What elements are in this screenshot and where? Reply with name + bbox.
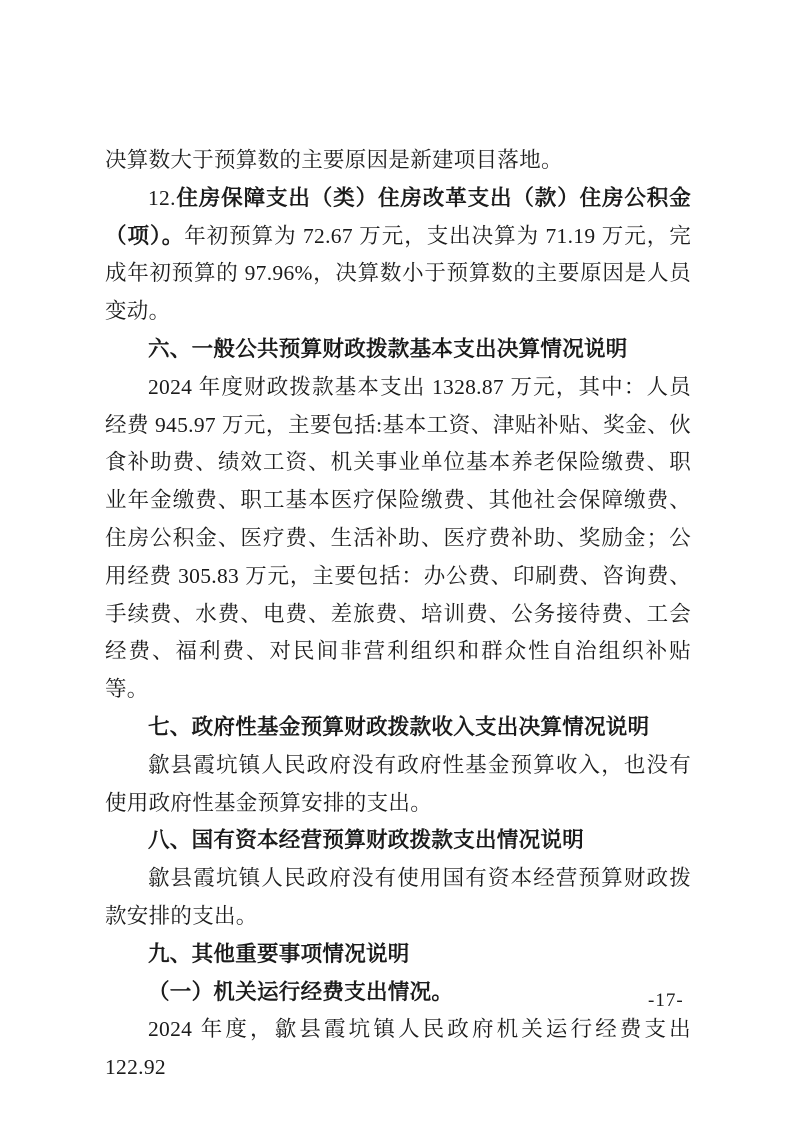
section6-heading: 六、一般公共预算财政拨款基本支出决算情况说明 <box>105 331 691 369</box>
paragraph-item12: 12.住房保障支出（类）住房改革支出（款）住房公积金（项）。年初预算为 72.6… <box>105 180 691 331</box>
section8-body: 歙县霞坑镇人民政府没有使用国有资本经营预算财政拨款安排的支出。 <box>105 860 691 936</box>
section6-body: 2024 年度财政拨款基本支出 1328.87 万元，其中：人员经费 945.9… <box>105 369 691 709</box>
section7-body: 歙县霞坑镇人民政府没有政府性基金预算收入，也没有使用政府性基金预算安排的支出。 <box>105 747 691 823</box>
item12-body: 年初预算为 72.67 万元，支出决算为 71.19 万元，完成年初预算的 97… <box>105 224 691 324</box>
document-content: 决算数大于预算数的主要原因是新建项目落地。 12.住房保障支出（类）住房改革支出… <box>105 142 691 1087</box>
item12-number: 12. <box>148 186 176 210</box>
section9-sub1-heading: （一）机关运行经费支出情况。 <box>105 974 691 1012</box>
section8-heading: 八、国有资本经营预算财政拨款支出情况说明 <box>105 822 691 860</box>
paragraph-carryover: 决算数大于预算数的主要原因是新建项目落地。 <box>105 142 691 180</box>
section9-body: 2024 年度，歙县霞坑镇人民政府机关运行经费支出 122.92 <box>105 1011 691 1087</box>
page-number: -17- <box>648 990 684 1012</box>
document-page: 决算数大于预算数的主要原因是新建项目落地。 12.住房保障支出（类）住房改革支出… <box>0 0 793 1122</box>
section9-heading: 九、其他重要事项情况说明 <box>105 936 691 974</box>
section7-heading: 七、政府性基金预算财政拨款收入支出决算情况说明 <box>105 709 691 747</box>
